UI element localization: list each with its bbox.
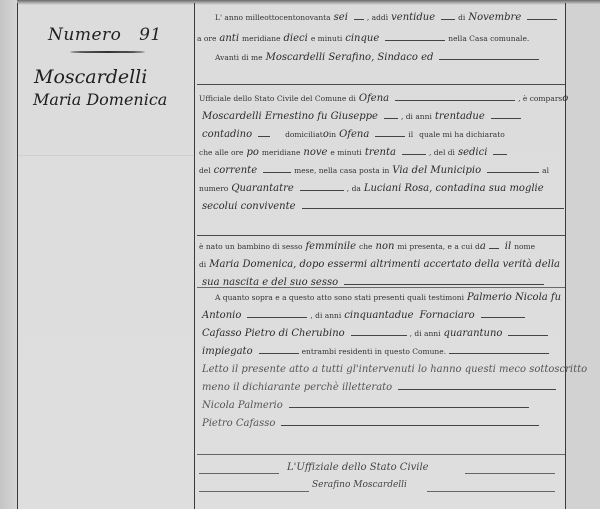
section-divider: [197, 287, 565, 288]
handwritten-house-number: Quarantatre: [228, 183, 296, 194]
printed-text: al: [542, 166, 549, 175]
handwritten-closing: meno il dichiarante perchè illetterato: [199, 382, 395, 393]
printed-text: meridiane: [242, 34, 280, 43]
section-divider: [197, 84, 565, 85]
handwritten-day: ventidue: [388, 12, 438, 23]
handwritten-cohabit: secolui convivente: [199, 201, 299, 212]
column-divider-line: [194, 3, 195, 509]
line-cohabit: secolui convivente: [199, 201, 567, 217]
printed-text: L' anno milleottocentonovanta: [215, 13, 331, 22]
left-border-line: [17, 3, 18, 509]
right-margin-strip: [566, 4, 600, 509]
handwritten-year: sei: [331, 12, 351, 23]
printed-text: , del dì: [429, 148, 455, 157]
signature-text: Pietro Cafasso: [199, 418, 278, 429]
printed-text: il: [408, 130, 413, 139]
handwritten-closing: Letto il presente atto a tutti gl'interv…: [199, 364, 590, 375]
signature-witness1: Nicola Palmerio: [199, 400, 532, 416]
line-sex: è nato un bambino di sesso femminile che…: [199, 241, 535, 257]
printed-text: Ufficiale dello Stato Civile del Comune …: [199, 94, 356, 103]
handwritten-age1: cinquantadue: [341, 310, 416, 321]
signature-line: [199, 491, 309, 492]
line-comune: Ufficiale dello Stato Civile del Comune …: [199, 93, 568, 109]
handwritten-minutes: cinque: [342, 33, 382, 44]
printed-text: , di anni: [410, 329, 441, 338]
printed-text: , di anni: [401, 112, 432, 121]
line-officer: Avanti di me Moscardelli Serafino, Sinda…: [215, 52, 542, 68]
signature-text: Nicola Palmerio: [199, 400, 286, 411]
handwritten-hour: nove: [300, 147, 330, 158]
line-mother: numero Quarantatre , da Luciani Rosa, co…: [199, 183, 547, 199]
handwritten-official: Moscardelli Serafino, Sindaco ed: [263, 52, 437, 63]
printed-text: di: [458, 13, 465, 22]
handwritten-il: il: [502, 241, 514, 252]
line-declarant: Moscardelli Ernestino fu Giuseppe , di a…: [199, 111, 524, 127]
surname: Moscardelli: [34, 66, 147, 88]
officer-title: L'Uffiziale dello Stato Civile: [287, 462, 429, 473]
handwritten-witness2: Cafasso Pietro di Cherubino: [199, 328, 348, 339]
printed-text: mese, nella casa posta in: [294, 166, 389, 175]
printed-text: domiciliat: [285, 130, 323, 139]
handwritten-hour: dieci: [281, 33, 311, 44]
printed-text: e minuti: [311, 34, 342, 43]
handwritten-domicile: Ofena: [336, 129, 372, 140]
printed-text: mi presenta, e a cui d: [397, 242, 479, 251]
line-witnesses-intro: A quanto sopra e a questo atto sono stat…: [215, 292, 564, 308]
section-divider: [197, 235, 565, 236]
handwritten-sex: femminile: [302, 241, 359, 252]
printed-text: meridiane: [262, 148, 300, 157]
faint-divider: [18, 155, 194, 156]
printed-text: , è compars: [518, 94, 562, 103]
handwritten-pom: po: [243, 147, 261, 158]
handwritten-name: Maria Domenica, dopo essermi altrimenti …: [206, 259, 563, 270]
signature-line: [465, 473, 555, 474]
handwritten-occupation2: impiegato: [199, 346, 256, 357]
handwritten-witness1: Palmerio Nicola fu: [464, 292, 564, 303]
printed-text: che: [359, 242, 372, 251]
printed-text: A quanto sopra e a questo atto sono stat…: [215, 293, 464, 302]
line-street: del corrente mese, nella casa posta in V…: [199, 165, 549, 181]
handwritten-age: trentadue: [432, 111, 488, 122]
line-witness1: Antonio , di anni cinquantadue Fornaciar…: [199, 310, 528, 326]
handwritten-father1: Antonio: [199, 310, 244, 321]
handwritten-street: Via del Municipio: [389, 165, 484, 176]
line-birth-time: che alle ore po meridiane nove e minuti …: [199, 147, 510, 163]
handwritten-occupation1: Fornaciaro: [417, 310, 478, 321]
given-name: Maria Domenica: [33, 90, 167, 109]
printed-text: , addì: [367, 13, 388, 22]
signature-witness2: Pietro Cafasso: [199, 418, 542, 434]
line-name: di Maria Domenica, dopo essermi altrimen…: [199, 259, 563, 275]
line-residence: impiegato entrambi residenti in questo C…: [199, 346, 552, 362]
signature-line: [199, 473, 279, 474]
record-number-label: Numero: [48, 25, 121, 45]
handwritten-month: corrente: [211, 165, 260, 176]
printed-text: a ore: [197, 34, 216, 43]
line-domicile: contadino domiciliato in Ofena il quale …: [199, 129, 505, 145]
line-closing-1: Letto il presente atto a tutti gl'interv…: [199, 364, 590, 380]
handwritten-declarant: Moscardelli Ernestino fu Giuseppe: [199, 111, 381, 122]
printed-text: è nato un bambino di sesso: [199, 242, 302, 251]
handwritten-suffix: a: [480, 241, 486, 252]
line-time: a ore anti meridiane dieci e minuti cinq…: [197, 33, 529, 49]
handwritten-age2: quarantuno: [441, 328, 506, 339]
line-verification: sua nascita e del suo sesso: [199, 277, 547, 293]
document-scan: Numero 91 Moscardelli Maria Domenica L' …: [0, 0, 600, 509]
printed-text: in: [329, 130, 336, 139]
record-number-value: 91: [139, 25, 162, 45]
printed-text: , da: [347, 184, 361, 193]
handwritten-month: Novembre: [465, 12, 524, 23]
handwritten-mother: Luciani Rosa, contadina sua moglie: [361, 183, 547, 194]
decorative-rule: [70, 51, 145, 53]
record-number: Numero 91: [48, 25, 162, 45]
printed-text: entrambi residenti in questo Comune.: [302, 347, 446, 356]
printed-text: numero: [199, 184, 228, 193]
handwritten-ante: anti: [216, 33, 242, 44]
handwritten-non: non: [373, 241, 398, 252]
printed-text: quale mi ha dichiarato: [419, 130, 505, 139]
section-divider: [197, 454, 565, 455]
handwritten-comune: Ofena: [356, 93, 392, 104]
printed-text: che alle ore: [199, 148, 243, 157]
officer-name: Serafino Moscardelli: [312, 480, 407, 490]
signature-line: [427, 491, 555, 492]
printed-text: nome: [514, 242, 535, 251]
printed-text: di: [199, 260, 206, 269]
page-edge-shadow: [0, 0, 17, 509]
printed-text: e minuti: [330, 148, 361, 157]
line-closing-2: meno il dichiarante perchè illetterato: [199, 382, 559, 398]
printed-text: del: [199, 166, 211, 175]
line-witness2: Cafasso Pietro di Cherubino , di anni qu…: [199, 328, 551, 344]
printed-text: nella Casa comunale.: [448, 34, 529, 43]
printed-text: Avanti di me: [215, 53, 263, 62]
handwritten-minutes: trenta: [362, 147, 399, 158]
handwritten-day: sedici: [455, 147, 490, 158]
handwritten-occupation: contadino: [199, 129, 255, 140]
line-date: L' anno milleottocentonovanta sei , addì…: [215, 12, 560, 28]
printed-text: , di anni: [310, 311, 341, 320]
handwritten-suffix: o: [562, 93, 568, 104]
